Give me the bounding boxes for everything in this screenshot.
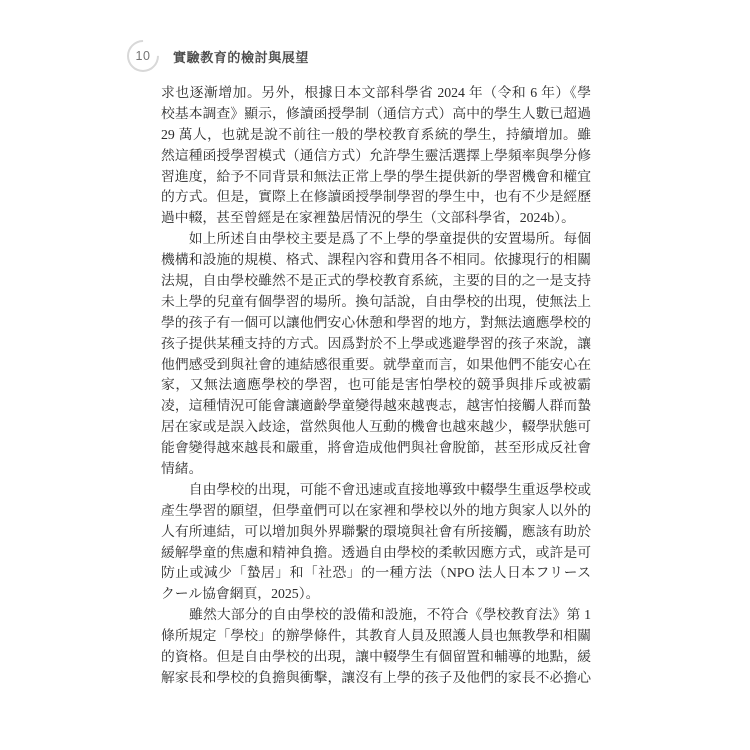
text-line: 法規，自由學校雖然不是正式的學校教育系統，主要的目的之一是支持 bbox=[161, 271, 591, 292]
text-line: 的資格。但是自由學校的出現，讓中輟學生有個留置和輔導的地點，緩 bbox=[161, 647, 591, 668]
text-line: 雖然大部分的自由學校的設備和設施，不符合《學校教育法》第 1 bbox=[161, 605, 591, 626]
paragraph: 自由學校的出現，可能不會迅速或直接地導致中輟學生重返學校或產生學習的願望，但學童… bbox=[161, 480, 591, 605]
text-line: 求也逐漸增加。另外，根據日本文部科學省 2024 年（令和 6 年）《學 bbox=[161, 83, 591, 104]
text-line: 習進度，給予不同背景和無法正常上學的學生提供新的學習機會和權宜 bbox=[161, 167, 591, 188]
text-line: 解家長和學校的負擔與衝擊，讓沒有上學的孩子及他們的家長不必擔心 bbox=[161, 668, 591, 689]
text-line: 條所規定「學校」的辦學條件，其教育人員及照護人員也無教學和相關 bbox=[161, 626, 591, 647]
text-line: 居在家或是誤入歧途，當然與他人互動的機會也越來越少，輟學狀態可 bbox=[161, 417, 591, 438]
text-line: クール協會網頁，2025）。 bbox=[161, 584, 591, 605]
text-line: 然這種函授學習模式（通信方式）允許學生靈活選擇上學頻率與學分修 bbox=[161, 146, 591, 167]
text-line: 產生學習的願望，但學童們可以在家裡和學校以外的地方與家人以外的 bbox=[161, 501, 591, 522]
page-number: 10 bbox=[136, 49, 151, 63]
text-line: 人有所連結，可以增加與外界聯繫的環境與社會有所接觸，應該有助於 bbox=[161, 522, 591, 543]
page-header: 10 實驗教育的檢討與展望 bbox=[127, 40, 309, 72]
paragraph: 如上所述自由學校主要是爲了不上學的學童提供的安置場所。每個機構和設施的規模、格式… bbox=[161, 229, 591, 480]
body-text: 求也逐漸增加。另外，根據日本文部科學省 2024 年（令和 6 年）《學校基本調… bbox=[161, 83, 591, 689]
text-line: 情緒。 bbox=[161, 459, 591, 480]
paragraph: 雖然大部分的自由學校的設備和設施，不符合《學校教育法》第 1條所規定「學校」的辦… bbox=[161, 605, 591, 689]
text-line: 能會變得越來越長和嚴重，將會造成他們與社會脫節，甚至形成反社會 bbox=[161, 438, 591, 459]
paragraph: 求也逐漸增加。另外，根據日本文部科學省 2024 年（令和 6 年）《學校基本調… bbox=[161, 83, 591, 229]
text-line: 他們感受到與社會的連結感很重要。就學童而言，如果他們不能安心在 bbox=[161, 355, 591, 376]
running-head: 實驗教育的檢討與展望 bbox=[173, 47, 309, 66]
text-line: 機構和設施的規模、格式、課程內容和費用各不相同。依據現行的相關 bbox=[161, 250, 591, 271]
text-line: 未上學的兒童有個學習的場所。換句話說，自由學校的出現，使無法上 bbox=[161, 292, 591, 313]
page-number-badge: 10 bbox=[127, 40, 159, 72]
text-line: 學的孩子有一個可以讓他們安心休憩和學習的地方，對無法適應學校的 bbox=[161, 313, 591, 334]
text-line: 過中輟，甚至曾經是在家裡蟄居情況的學生（文部科學省，2024b）。 bbox=[161, 208, 591, 229]
text-line: 29 萬人，也就是說不前往一般的學校教育系統的學生，持續增加。雖 bbox=[161, 125, 591, 146]
book-page: 10 實驗教育的檢討與展望 求也逐漸增加。另外，根據日本文部科學省 2024 年… bbox=[0, 0, 750, 750]
text-line: 如上所述自由學校主要是爲了不上學的學童提供的安置場所。每個 bbox=[161, 229, 591, 250]
text-line: 自由學校的出現，可能不會迅速或直接地導致中輟學生重返學校或 bbox=[161, 480, 591, 501]
text-line: 緩解學童的焦慮和精神負擔。透過自由學校的柔軟因應方式，或許是可 bbox=[161, 543, 591, 564]
text-line: 孩子提供某種支持的方式。因爲對於不上學或逃避學習的孩子來說，讓 bbox=[161, 334, 591, 355]
text-line: 的方式。但是，實際上在修讀函授學制學習的學生中，也有不少是經歷 bbox=[161, 187, 591, 208]
text-line: 校基本調查》顯示，修讀函授學制（通信方式）高中的學生人數已超過 bbox=[161, 104, 591, 125]
text-line: 防止或減少「蟄居」和「社恐」的一種方法（NPO 法人日本フリース bbox=[161, 563, 591, 584]
text-line: 家，又無法適應學校的學習，也可能是害怕學校的競爭與排斥或被霸 bbox=[161, 375, 591, 396]
text-line: 凌，這種情況可能會讓適齡學童變得越來越喪志，越害怕接觸人群而蟄 bbox=[161, 396, 591, 417]
